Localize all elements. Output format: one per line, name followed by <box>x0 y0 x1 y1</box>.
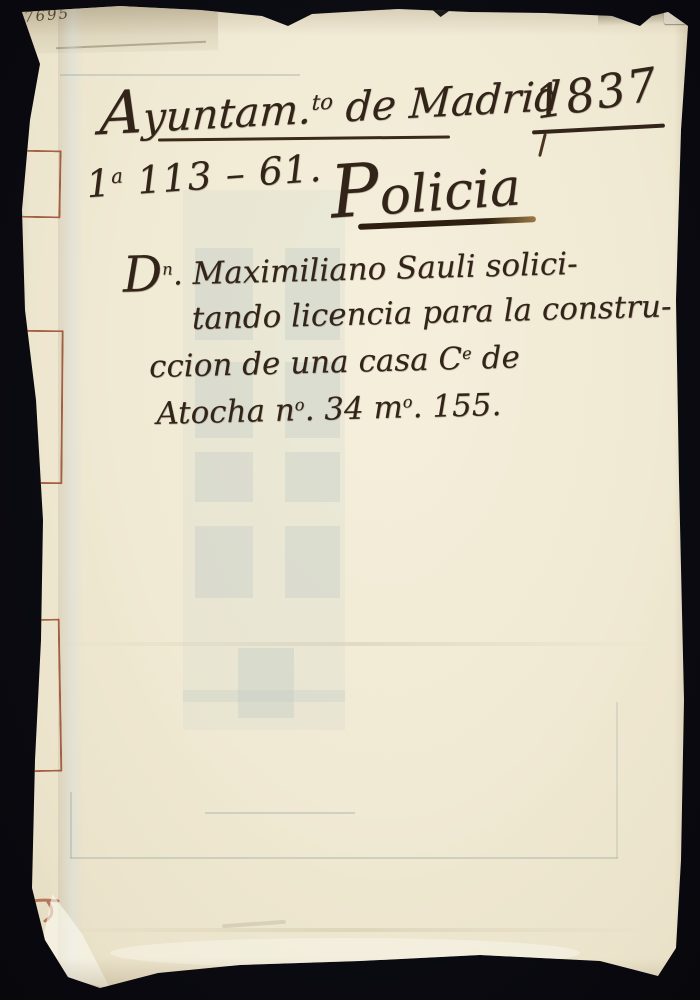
horizontal-crease <box>40 642 660 646</box>
corner-paper-chip <box>664 10 686 24</box>
body-text-block: Dn. Maximiliano Sauli solici- tando lice… <box>116 236 674 436</box>
binding-mark <box>16 330 63 484</box>
document-title: Ayuntam.to de Madrid <box>98 56 562 149</box>
ghost-window <box>195 452 253 502</box>
ghost-window <box>285 452 340 502</box>
corner-tear-shading <box>598 10 670 27</box>
binding-mark <box>15 150 61 219</box>
body-line-text: . 155. <box>412 386 502 424</box>
ghost-frame-line <box>205 812 355 814</box>
ghost-window <box>285 526 340 598</box>
body-line-text: Atocha n <box>156 392 295 432</box>
faint-pencil-mark <box>222 920 286 928</box>
reference-number: 1 <box>85 161 113 207</box>
title-superscript: to <box>311 90 334 116</box>
scan-background: 7695 Ayuntam.to de Madrid 1837 1a 113 – … <box>0 0 700 1000</box>
ghost-frame-line <box>616 702 618 858</box>
body-line-text: . Maximiliano Sauli solici- <box>172 246 578 293</box>
body-line-text: ccion de una casa C <box>149 340 463 384</box>
ghost-door <box>238 648 294 718</box>
ghost-frame-line <box>70 792 72 858</box>
title-text-rest: de Madrid <box>331 72 561 132</box>
ghost-window <box>195 526 253 598</box>
worn-bottom-edge <box>110 938 580 968</box>
binding-mark <box>14 619 63 773</box>
horizontal-crease <box>40 928 660 932</box>
body-superscript: n <box>162 260 173 279</box>
body-line-text: . 34 m <box>304 389 403 428</box>
body-initial-capital: D <box>122 245 163 304</box>
body-line-text: de <box>471 339 520 376</box>
year-underline-tail <box>538 133 547 157</box>
edge-tear <box>428 6 456 17</box>
edge-tear <box>266 8 310 23</box>
ghost-frame-line <box>70 857 618 859</box>
manuscript-page: 7695 Ayuntam.to de Madrid 1837 1a 113 – … <box>0 0 700 1000</box>
body-superscript: e <box>462 343 472 362</box>
